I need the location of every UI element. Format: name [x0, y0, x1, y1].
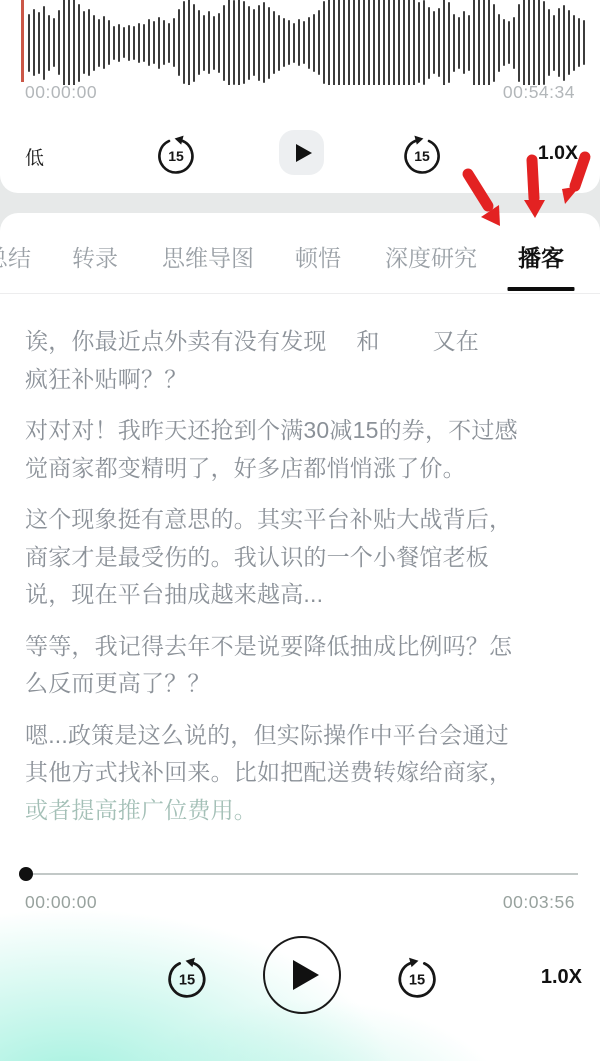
content-card: 总结转录思维导图顿悟深度研究播客 诶，你最近点外卖有没有发现 和 又在 疯狂补贴…: [0, 213, 600, 1061]
waveform-total-time: 00:54:34: [503, 82, 575, 103]
audio-player-card: 00:00:00 00:54:34 低 15 15 1.0X: [0, 0, 600, 193]
transcript-paragraph: 对对对！我昨天还抢到个满30减15的券，不过感 觉商家都变精明了，好多店都悄悄涨…: [25, 412, 575, 487]
transcript-faded-text: 或者提高推广位费用。: [25, 797, 257, 823]
tab-总结[interactable]: 总结: [0, 240, 31, 273]
podcast-playback-speed[interactable]: 1.0X: [541, 966, 582, 989]
tab-转录[interactable]: 转录: [72, 240, 118, 273]
podcast-progress-bar[interactable]: [22, 866, 578, 882]
podcast-skip-back-15-icon[interactable]: 15: [164, 954, 210, 1000]
tab-深度研究[interactable]: 深度研究: [385, 240, 477, 273]
tab-bar: 总结转录思维导图顿悟深度研究播客: [0, 213, 600, 294]
podcast-controls: 15 15 1.0X: [0, 930, 600, 1025]
skip-forward-15-icon[interactable]: 15: [400, 132, 444, 176]
podcast-play-button[interactable]: [263, 936, 341, 1014]
svg-text:15: 15: [414, 148, 430, 164]
tab-顿悟[interactable]: 顿悟: [295, 240, 341, 273]
progress-knob[interactable]: [19, 867, 33, 881]
waveform-playhead[interactable]: [21, 0, 24, 82]
podcast-times: 00:00:00 00:03:56: [25, 892, 575, 913]
podcast-skip-forward-15-icon[interactable]: 15: [394, 954, 440, 1000]
svg-text:15: 15: [179, 972, 195, 988]
waveform-bars[interactable]: [28, 0, 586, 85]
skip-back-15-icon[interactable]: 15: [154, 132, 198, 176]
svg-text:15: 15: [409, 972, 425, 988]
tab-播客[interactable]: 播客: [518, 240, 564, 273]
top-controls: 低 15 15 1.0X: [0, 128, 600, 180]
progress-track: [22, 873, 578, 875]
transcript-paragraph: 这个现象挺有意思的。其实平台补贴大战背后， 商家才是最受伤的。我认识的一个小餐馆…: [25, 501, 575, 614]
volume-label[interactable]: 低: [25, 143, 44, 170]
transcript-paragraph: 等等，我记得去年不是说要降低抽成比例吗？怎 么反而更高了？？: [25, 628, 575, 703]
podcast-play-icon: [293, 960, 319, 990]
playback-speed[interactable]: 1.0X: [538, 142, 578, 165]
podcast-total-time: 00:03:56: [503, 892, 575, 913]
transcript-paragraph: 诶，你最近点外卖有没有发现 和 又在 疯狂补贴啊？？: [25, 323, 575, 398]
play-button[interactable]: [279, 130, 324, 175]
podcast-transcript: 诶，你最近点外卖有没有发现 和 又在 疯狂补贴啊？？对对对！我昨天还抢到个满30…: [0, 294, 600, 829]
play-icon: [296, 144, 312, 162]
waveform-current-time: 00:00:00: [25, 82, 97, 103]
transcript-paragraph: 嗯...政策是这么说的，但实际操作中平台会通过 其他方式找补回来。比如把配送费转…: [25, 717, 575, 830]
waveform-times: 00:00:00 00:54:34: [25, 82, 575, 103]
podcast-current-time: 00:00:00: [25, 892, 97, 913]
svg-text:15: 15: [168, 148, 184, 164]
tab-思维导图[interactable]: 思维导图: [162, 240, 254, 273]
